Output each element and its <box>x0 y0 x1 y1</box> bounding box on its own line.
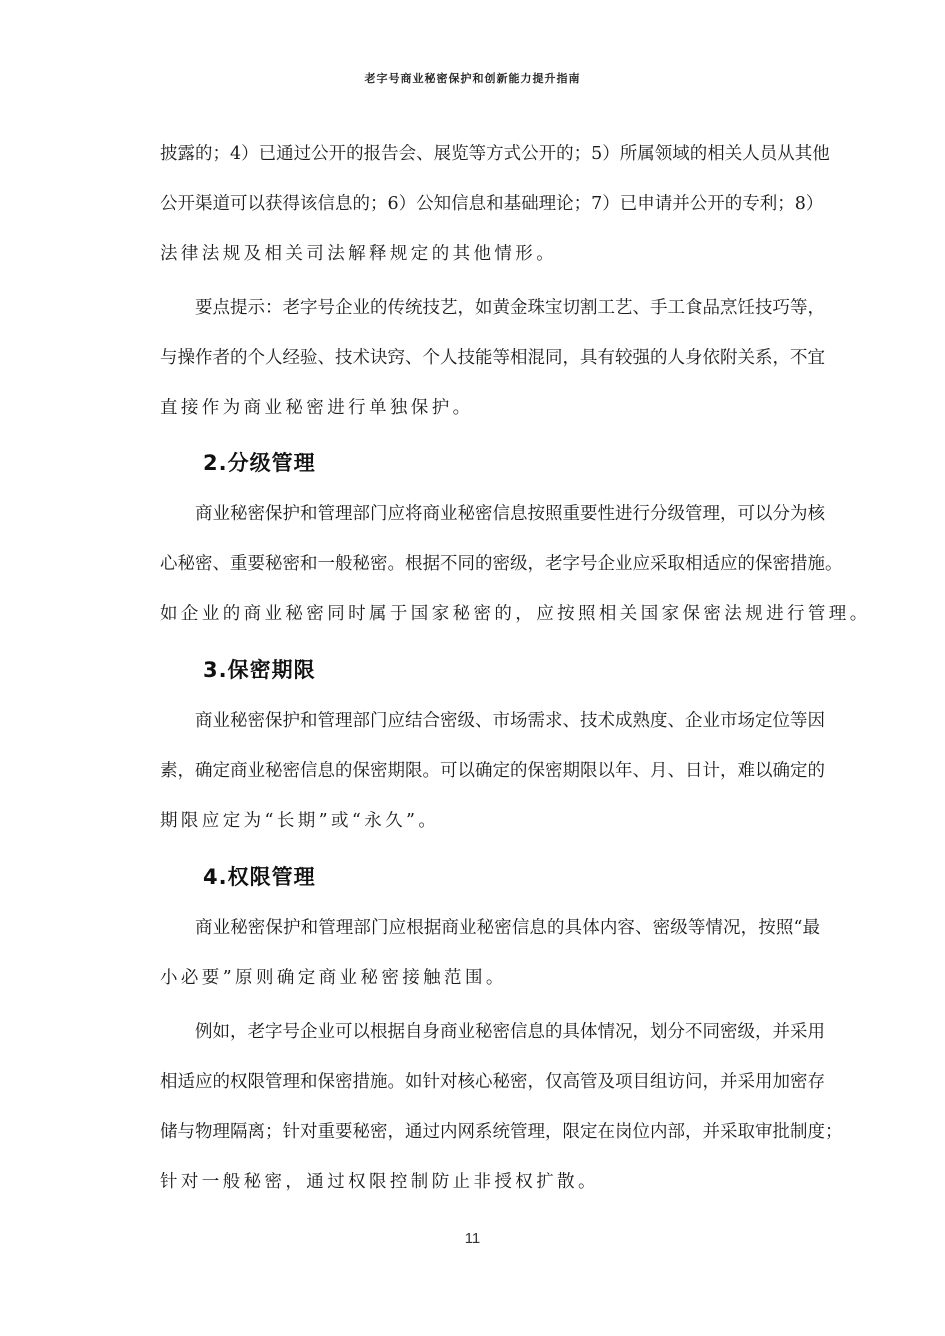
text-line: 针对一般秘密，通过权限控制防止非授权扩散。 <box>160 1170 820 1194</box>
text-line: 例如，老字号企业可以根据自身商业秘密信息的具体情况，划分不同密级，并采用 <box>195 1020 820 1044</box>
text-line: 直接作为商业秘密进行单独保护。 <box>160 396 820 420</box>
text-line: 期限应定为“长期”或“永久”。 <box>160 809 820 833</box>
text-line: 公开渠道可以获得该信息的；6）公知信息和基础理论；7）已申请并公开的专利；8） <box>160 192 820 216</box>
text-line: 要点提示：老字号企业的传统技艺，如黄金珠宝切割工艺、手工食品烹饪技巧等， <box>195 296 820 320</box>
text-line: 披露的；4）已通过公开的报告会、展览等方式公开的；5）所属领域的相关人员从其他 <box>160 142 820 166</box>
text-line: 储与物理隔离；针对重要秘密，通过内网系统管理，限定在岗位内部，并采取审批制度； <box>160 1120 820 1144</box>
text-line: 商业秘密保护和管理部门应根据商业秘密信息的具体内容、密级等情况，按照“最 <box>195 916 820 940</box>
section-heading-access-management: 4.权限管理 <box>203 861 316 891</box>
section-heading-confidentiality-period: 3.保密期限 <box>203 654 316 684</box>
text-line: 素，确定商业秘密信息的保密期限。可以确定的保密期限以年、月、日计，难以确定的 <box>160 759 820 783</box>
text-line: 相适应的权限管理和保密措施。如针对核心秘密，仅高管及项目组访问，并采用加密存 <box>160 1070 820 1094</box>
text-line: 如企业的商业秘密同时属于国家秘密的，应按照相关国家保密法规进行管理。 <box>160 602 820 626</box>
text-line: 心秘密、重要秘密和一般秘密。根据不同的密级，老字号企业应采取相适应的保密措施。 <box>160 552 820 576</box>
text-line: 法律法规及相关司法解释规定的其他情形。 <box>160 242 820 266</box>
section-heading-classification: 2.分级管理 <box>203 447 316 477</box>
page-header: 老字号商业秘密保护和创新能力提升指南 <box>0 70 945 86</box>
page-number: 11 <box>0 1230 945 1247</box>
text-line: 小必要”原则确定商业秘密接触范围。 <box>160 966 820 990</box>
text-line: 商业秘密保护和管理部门应将商业秘密信息按照重要性进行分级管理，可以分为核 <box>195 502 820 526</box>
text-line: 商业秘密保护和管理部门应结合密级、市场需求、技术成熟度、企业市场定位等因 <box>195 709 820 733</box>
text-line: 与操作者的个人经验、技术诀窍、个人技能等相混同，具有较强的人身依附关系，不宜 <box>160 346 820 370</box>
